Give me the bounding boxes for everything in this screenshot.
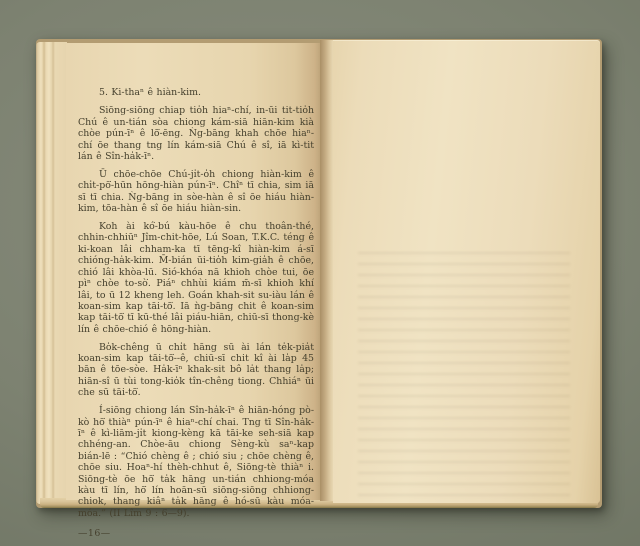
left-page-text: 5. Ki-thaⁿ ê hiàn-kim. Siōng-siōng chiap… (78, 87, 314, 540)
paragraph: Koh ài kó͘-bú kàu-hōe ê chu thoân-thé, c… (78, 221, 314, 335)
open-book: 5. Ki-thaⁿ ê hiàn-kim. Siōng-siōng chiap… (36, 39, 602, 508)
page-number: —16— (78, 528, 314, 539)
show-through (358, 252, 570, 504)
paragraph-container: Siōng-siōng chiap tio̍h hiaⁿ-chí, in-ūi … (78, 105, 314, 519)
right-page (333, 40, 600, 503)
left-page-edge-stack (36, 42, 67, 504)
left-page: 5. Ki-thaⁿ ê hiàn-kim. Siōng-siōng chiap… (66, 43, 320, 500)
photo-backdrop: 5. Ki-thaⁿ ê hiàn-kim. Siōng-siōng chiap… (0, 0, 640, 546)
paragraph: Siōng-siōng chiap tio̍h hiaⁿ-chí, in-ūi … (78, 105, 314, 162)
section-heading: 5. Ki-thaⁿ ê hiàn-kim. (78, 87, 314, 98)
paragraph: Í-siōng chiong lán Sîn-ha̍k-īⁿ ê hiān-hó… (78, 405, 314, 519)
paragraph: Ū chōe-chōe Chú-ji̍t-o̍h chiong hiàn-kim… (78, 169, 314, 215)
paragraph: Bo̍k-chêng ū chi̍t hāng sū ài lán te̍k-p… (78, 342, 314, 399)
book-gutter (320, 40, 333, 501)
